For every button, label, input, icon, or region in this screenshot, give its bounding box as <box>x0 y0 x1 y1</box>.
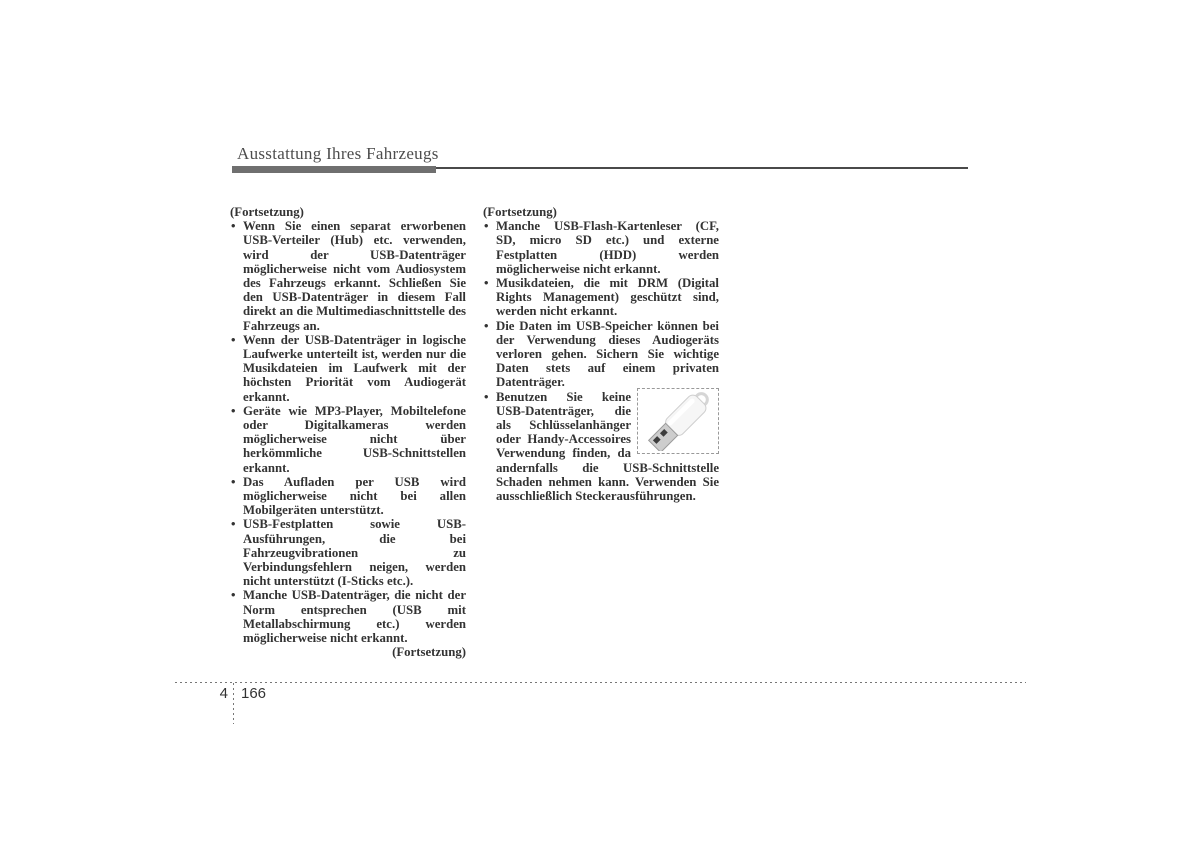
bullet-icon: • <box>231 333 235 347</box>
footer-chapter-number: 4 <box>205 686 228 702</box>
list-item: • Benutzen Sie keine US <box>483 390 719 504</box>
right-column: (Fortsetzung) • Manche USB-Flash-Kartenl… <box>483 205 719 503</box>
bullet-icon: • <box>231 404 235 418</box>
list-item-text: Wenn der USB-Datenträger in logische Lau… <box>243 333 466 404</box>
continuation-label: (Fortsetzung) <box>230 205 466 219</box>
page-title: Ausstattung Ihres Fahrzeugs <box>237 144 439 163</box>
bullet-icon: • <box>484 276 488 290</box>
bullet-icon: • <box>231 475 235 489</box>
footer-page-divider <box>233 683 234 724</box>
bullet-icon: • <box>231 219 235 233</box>
footer-page-number: 166 <box>241 686 266 702</box>
bullet-icon: • <box>484 219 488 233</box>
left-column: (Fortsetzung) • Wenn Sie einen separat e… <box>230 205 466 660</box>
list-item-text: USB-Festplatten sowie USB-Ausführungen, … <box>243 517 466 588</box>
list-item-text: Das Aufladen per USB wird möglicherweise… <box>243 475 466 517</box>
bullet-icon: • <box>484 319 488 333</box>
bullet-icon: • <box>231 588 235 602</box>
bullet-icon: • <box>484 390 488 404</box>
list-item: • Die Daten im USB-Speicher können bei d… <box>483 319 719 390</box>
list-item-text: Musikdateien, die mit DRM (Digital Right… <box>496 276 719 318</box>
header-rule-thick <box>232 166 436 173</box>
list-item: • Wenn der USB-Datenträger in logische L… <box>230 333 466 404</box>
list-item-text: Wenn Sie einen separat erworbenen USB-Ve… <box>243 219 466 332</box>
list-item: • Musikdateien, die mit DRM (Digital Rig… <box>483 276 719 319</box>
list-item-text: Manche USB-Datenträger, die nicht der No… <box>243 588 466 645</box>
list-item: • Manche USB-Datenträger, die nicht der … <box>230 588 466 645</box>
list-item: • Wenn Sie einen separat erworbenen USB-… <box>230 219 466 333</box>
list-item-text: Die Daten im USB-Speicher können bei der… <box>496 319 719 390</box>
continuation-label: (Fortsetzung) <box>483 205 719 219</box>
usb-drive-image <box>637 388 719 454</box>
list-item-text: Manche USB-Flash-Kartenleser (CF, SD, mi… <box>496 219 719 276</box>
list-item: • Geräte wie MP3-Player, Mobiltelefone o… <box>230 404 466 475</box>
list-item: • Manche USB-Flash-Kartenleser (CF, SD, … <box>483 219 719 276</box>
continuation-label: (Fortsetzung) <box>230 645 466 659</box>
manual-page: Ausstattung Ihres Fahrzeugs (Fortsetzung… <box>0 0 1200 848</box>
bullet-icon: • <box>231 517 235 531</box>
list-item: • Das Aufladen per USB wird möglicherwei… <box>230 475 466 518</box>
list-item-text: Geräte wie MP3-Player, Mobiltelefone ode… <box>243 404 466 475</box>
footer-divider <box>175 682 1026 683</box>
list-item: • USB-Festplatten sowie USB-Ausführungen… <box>230 517 466 588</box>
